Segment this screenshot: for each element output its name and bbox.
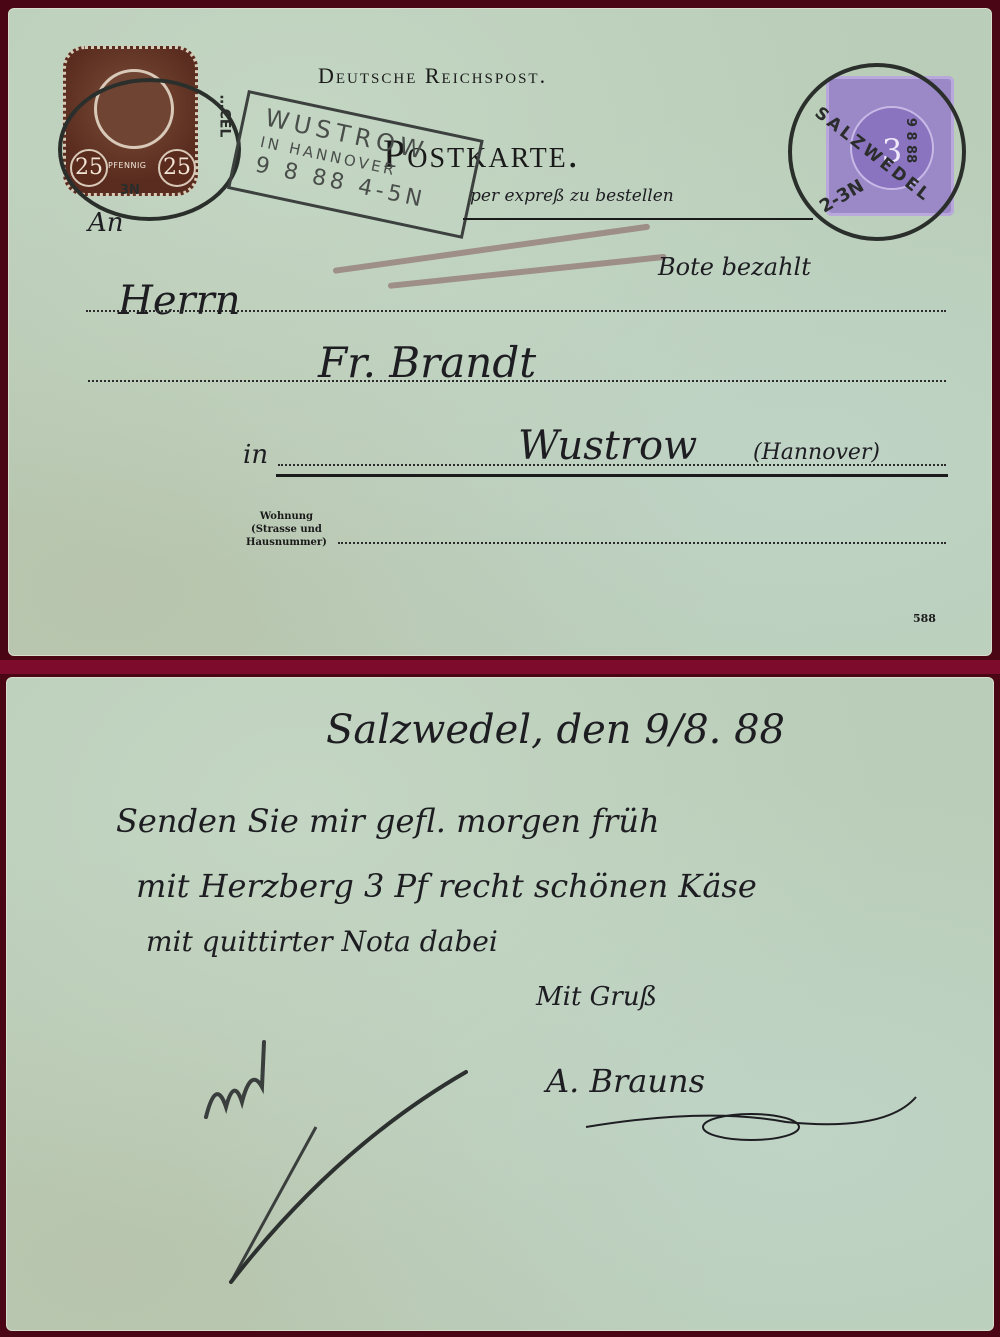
handwritten-paid-note: Bote bezahlt (658, 253, 811, 281)
wohnung-label-line: Hausnummer) (246, 536, 327, 549)
handwritten-region: (Hannover) (753, 440, 880, 465)
handwritten-an: An (88, 208, 124, 238)
left-postmark-fragment: …CEL (216, 95, 232, 138)
form-number: 588 (913, 612, 936, 625)
postcard-back: Salzwedel, den 9/8. 88 Senden Sie mir ge… (6, 677, 994, 1331)
delivery-note-underline (463, 218, 813, 220)
postcard-front: Deutsche Reichspost. Postkarte. 25 25 PF… (8, 8, 992, 656)
handwritten-salutation: Herrn (118, 278, 241, 324)
handwritten-in-label: in (243, 440, 268, 470)
printed-header: Deutsche Reichspost. (318, 63, 547, 89)
address-underline (276, 474, 948, 477)
background-band (0, 660, 1000, 674)
address-line-2 (88, 380, 946, 382)
left-postmark-time: 3N (120, 183, 140, 198)
address-line-wohnung (338, 542, 946, 544)
right-postmark-date: 9 8 88 (903, 118, 918, 163)
address-line-1 (86, 310, 946, 312)
signature-flourish (6, 677, 994, 1331)
boxed-postmark: WUSTROW IN HANNOVER 9 8 88 4-5N (227, 90, 484, 239)
pencil-mark: wtf (201, 1072, 203, 1073)
wohnung-label-line: (Strasse und (246, 523, 327, 536)
handwritten-delivery-note: per expreß zu bestellen (470, 186, 674, 206)
wohnung-label-line: Wohnung (246, 510, 327, 523)
wohnung-label: Wohnung (Strasse und Hausnummer) (246, 510, 327, 549)
left-postmark-circle (58, 78, 241, 221)
handwritten-town: Wustrow (518, 423, 697, 469)
